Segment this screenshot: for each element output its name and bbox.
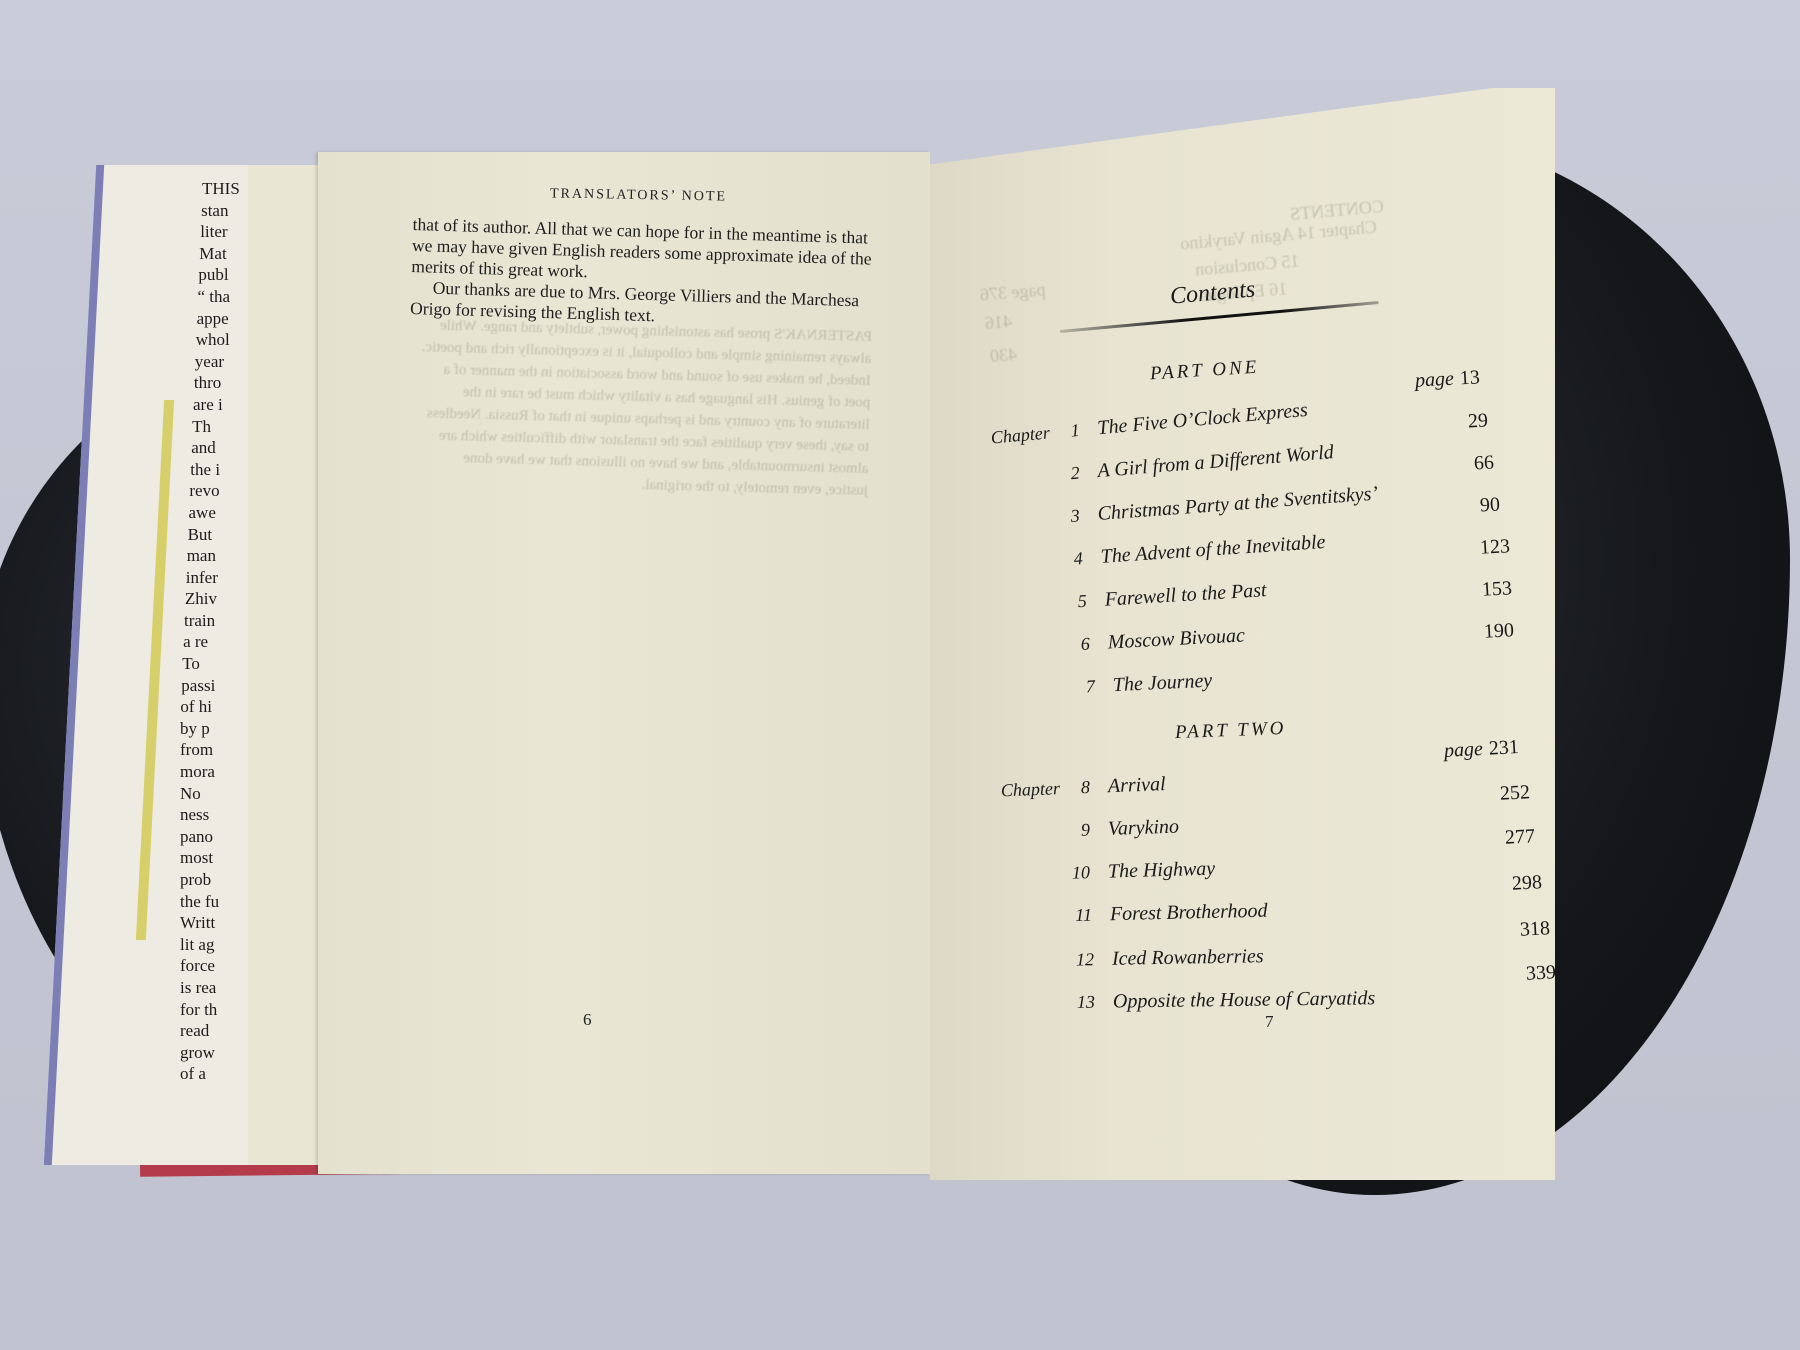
chapter-page: 66 <box>1473 451 1494 475</box>
translators-note-text: that of its author. All that we can hope… <box>410 214 873 333</box>
chapter-prefix <box>982 609 1057 613</box>
page-number-right: 7 <box>1265 1012 1274 1032</box>
chapter-prefix <box>985 837 1060 839</box>
chapter-prefix <box>989 966 1064 967</box>
ghost-line: 430 <box>989 344 1018 367</box>
chapter-page: 123 <box>1479 535 1510 560</box>
chapter-number: 9 <box>1068 820 1091 842</box>
chapter-title: The Journey <box>1112 670 1212 698</box>
chapter-number: 5 <box>1064 591 1087 613</box>
running-head: TRANSLATORS’ NOTE <box>550 186 727 205</box>
part-start-page: page13 <box>1414 366 1480 392</box>
chapter-page: 190 <box>1483 619 1514 644</box>
chapter-prefix: Chapter <box>985 778 1061 802</box>
chapter-number: 11 <box>1070 905 1092 926</box>
chapter-page: 318 <box>1519 917 1550 942</box>
page-value: 231 <box>1488 736 1519 760</box>
chapter-prefix <box>985 651 1060 655</box>
chapter-prefix <box>975 523 1050 528</box>
chapter-number: 3 <box>1057 505 1080 528</box>
chapter-page: 252 <box>1499 781 1530 806</box>
chapter-page: 298 <box>1511 871 1542 896</box>
part-start-page: page231 <box>1443 736 1519 763</box>
chapter-page: 277 <box>1504 825 1535 850</box>
chapter-prefix <box>990 693 1065 697</box>
toc-entry[interactable]: 12Iced Rowanberries <box>989 945 1264 973</box>
chapter-number: 13 <box>1073 992 1095 1013</box>
chapter-number: 12 <box>1072 949 1094 970</box>
toc-entry[interactable]: 13Opposite the House of Caryatids <box>990 987 1375 1015</box>
chapter-prefix <box>987 921 1062 923</box>
chapter-page: 339 <box>1525 961 1556 986</box>
chapter-title: Forest Brotherhood <box>1110 900 1268 927</box>
page-label: page <box>1443 738 1483 762</box>
chapter-page: 153 <box>1481 577 1512 602</box>
chapter-page: 90 <box>1479 493 1500 517</box>
chapter-title: Iced Rowanberries <box>1112 945 1264 971</box>
chapter-prefix <box>975 481 1050 487</box>
chapter-number: 8 <box>1068 777 1091 799</box>
page-value: 13 <box>1459 366 1480 389</box>
chapter-number: 1 <box>1057 420 1081 443</box>
photo-scene: THISstanliterMatpubl“ thaappewholyearthr… <box>0 0 1800 1350</box>
chapter-page: 29 <box>1467 409 1488 433</box>
chapter-number: 10 <box>1068 862 1091 884</box>
chapter-prefix <box>985 879 1060 881</box>
chapter-title: Varykino <box>1108 816 1180 841</box>
ghost-line: 416 <box>984 311 1013 334</box>
chapter-number: 7 <box>1072 676 1095 698</box>
chapter-prefix <box>990 1008 1065 1009</box>
chapter-prefix <box>978 566 1053 571</box>
chapter-number: 6 <box>1067 634 1090 656</box>
chapter-title: Opposite the House of Caryatids <box>1113 987 1375 1013</box>
chapter-title: The Highway <box>1108 858 1216 884</box>
chapter-number: 2 <box>1057 463 1081 486</box>
show-through-text-left: PASTERNAK'S prose has astonishing power,… <box>418 314 872 502</box>
page-label: page <box>1414 368 1454 392</box>
part-heading: PART TWO <box>1175 718 1287 744</box>
chapter-title: Arrival <box>1107 773 1166 798</box>
chapter-number: 4 <box>1060 548 1083 570</box>
page-number-left: 6 <box>583 1010 592 1030</box>
